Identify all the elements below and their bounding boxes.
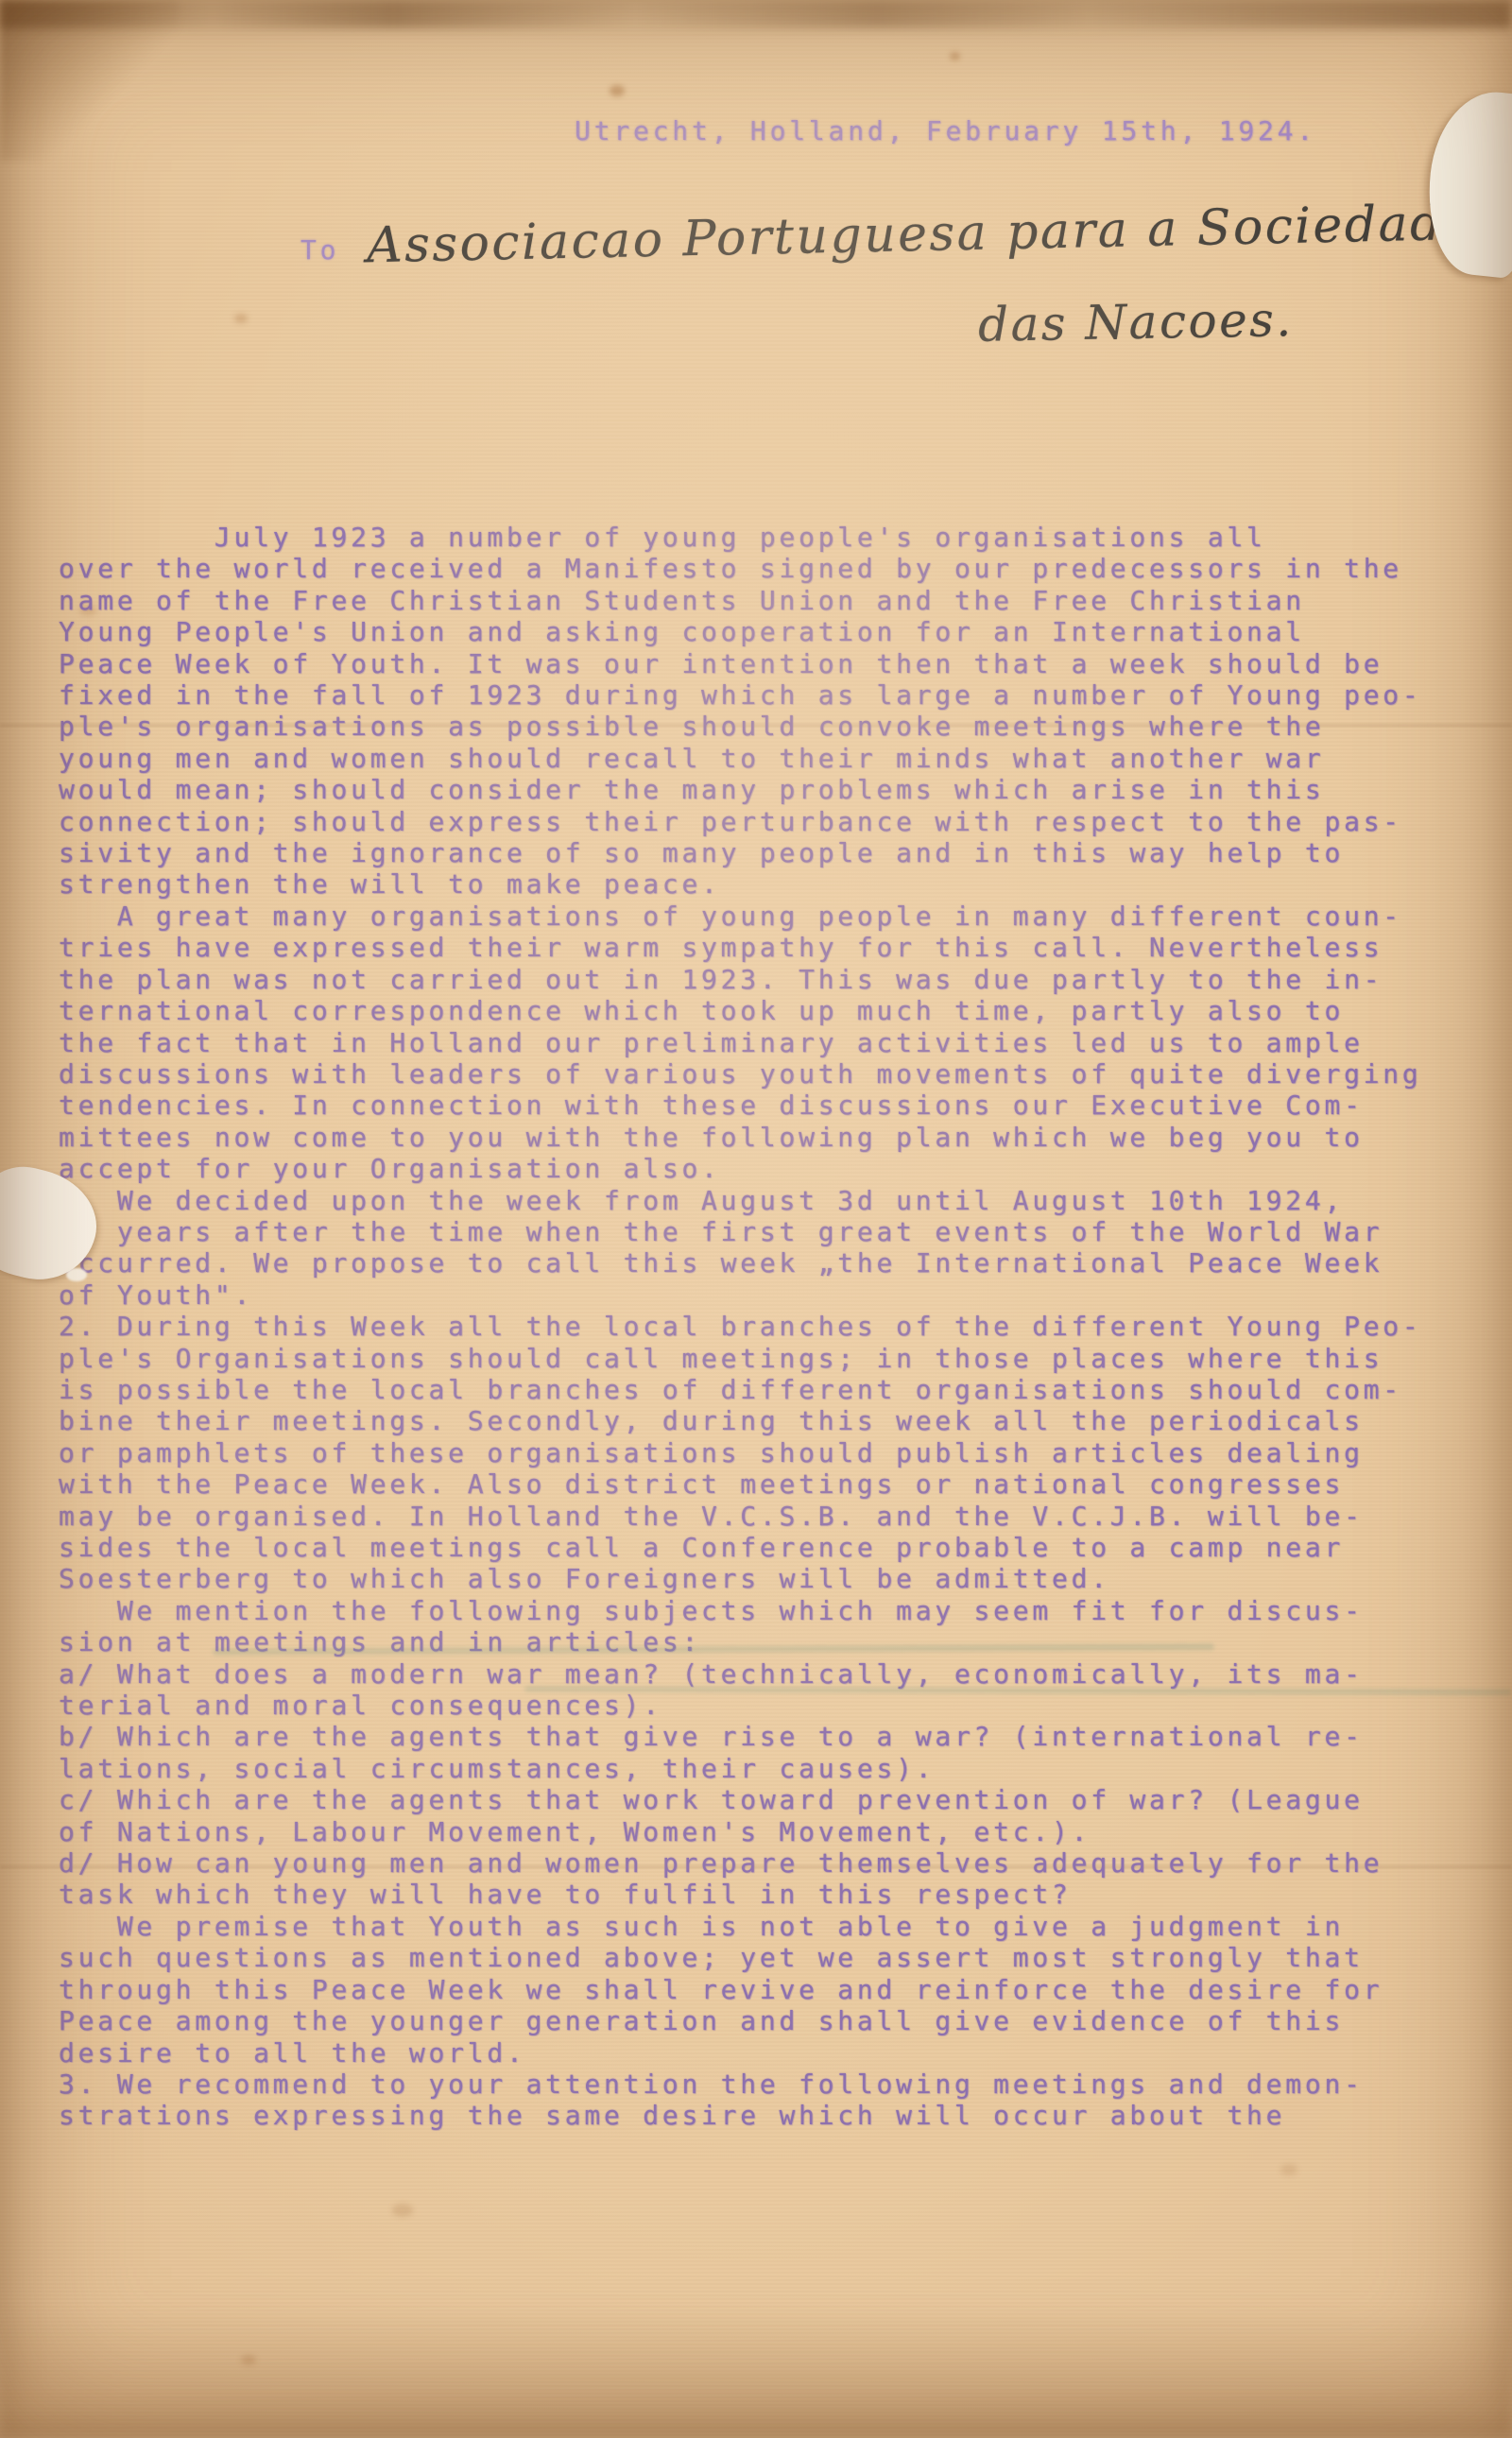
paper-stain-dot (610, 85, 625, 96)
damage-speck-left-edge (66, 1268, 87, 1281)
paper-stain-top-left-corner (0, 0, 180, 161)
recipient-handwritten-line1: Associacao Portuguesa para a Sociedade (367, 195, 1476, 275)
paper-stain-top-edge (0, 0, 1512, 28)
salutation-to: To (301, 234, 339, 266)
paper-stain-dot (241, 2355, 256, 2365)
paper-stain-dot (234, 314, 248, 323)
paper-stain-dot (950, 52, 960, 60)
letter-page: Utrecht, Holland, February 15th, 1924. T… (0, 0, 1512, 2438)
letter-body: July 1923 a number of young people's org… (59, 522, 1422, 2132)
paper-stain-bottom-edge (0, 2306, 1512, 2438)
dateline: Utrecht, Holland, February 15th, 1924. (575, 115, 1316, 146)
paper-stain-dot (392, 2204, 413, 2217)
paper-stain-dot (1280, 2164, 1297, 2175)
recipient-handwritten-line2: das Nacoes. (978, 292, 1295, 352)
